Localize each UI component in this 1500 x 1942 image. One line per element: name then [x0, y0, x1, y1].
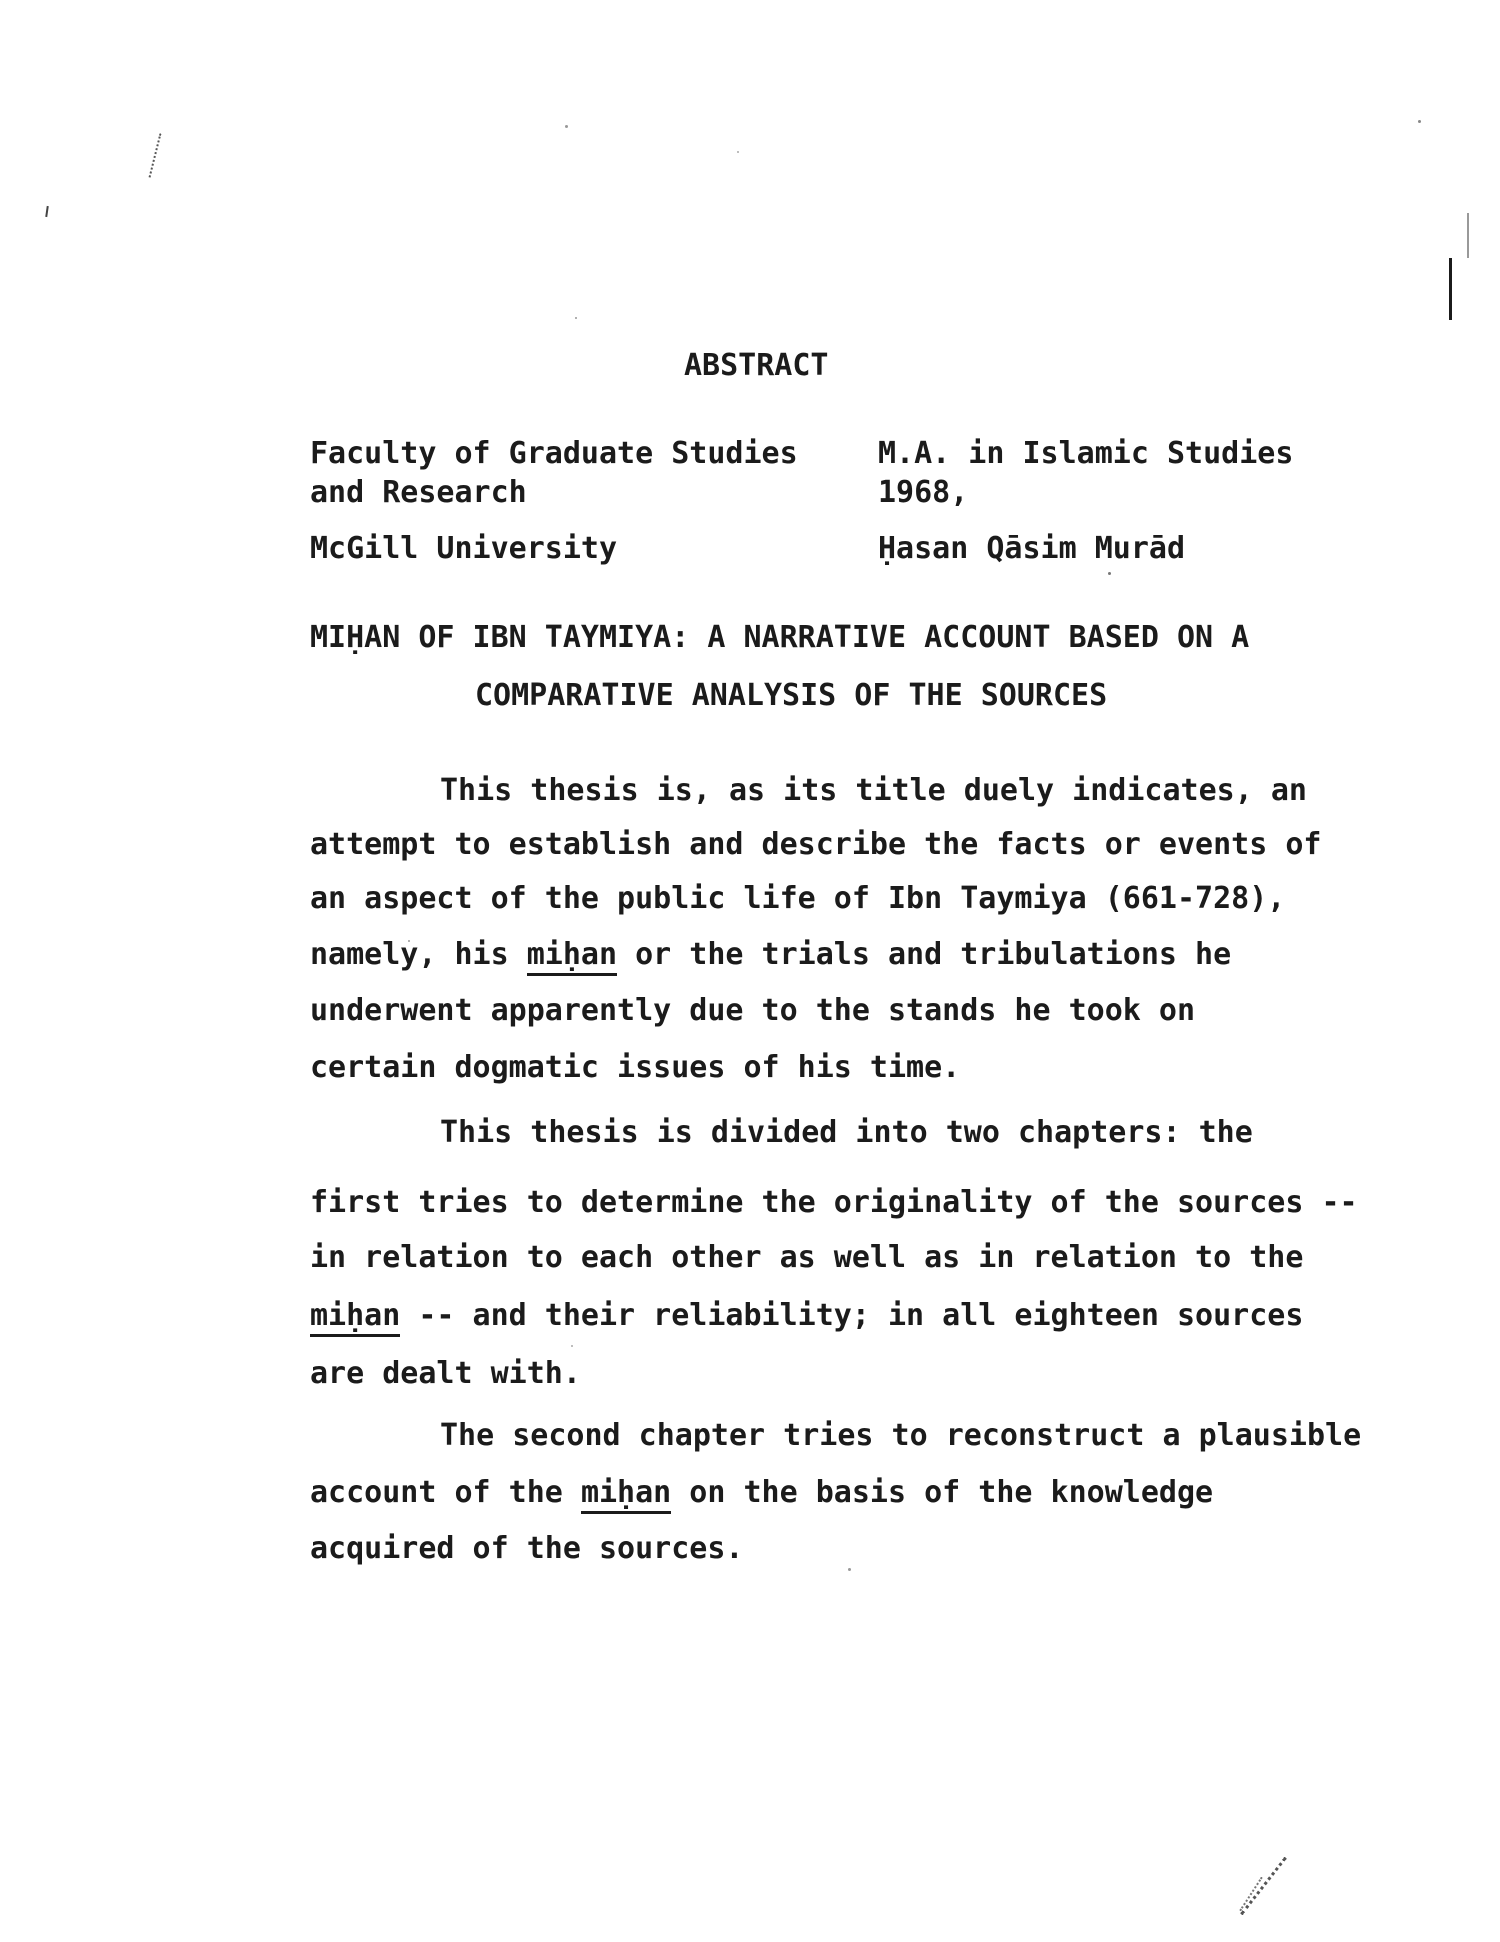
- p2-line2: first tries to determine the originality…: [310, 1186, 1358, 1220]
- document-page: ABSTRACT Faculty of Graduate Studies and…: [0, 0, 1500, 1942]
- scan-artifact-dotted-slash: [149, 133, 162, 177]
- p1-line6: certain dogmatic issues of his time.: [310, 1051, 960, 1085]
- scan-artifact-dot: [565, 125, 568, 128]
- p2-line1: This thesis is divided into two chapters…: [440, 1116, 1253, 1150]
- scan-artifact-scribble: [1239, 1877, 1262, 1912]
- scan-artifact-dot: [737, 151, 739, 153]
- info-faculty-line1: Faculty of Graduate Studies: [310, 437, 798, 471]
- p3-line1: The second chapter tries to reconstruct …: [440, 1419, 1361, 1453]
- info-degree: M.A. in Islamic Studies: [878, 437, 1293, 471]
- info-faculty-line2: and Research: [310, 476, 527, 510]
- underlined-term-mihan: miḥan: [310, 1298, 400, 1337]
- p2-line4-post: -- and their reliability; in all eightee…: [400, 1298, 1303, 1333]
- p1-line4: namely, his miḥan or the trials and trib…: [310, 938, 1231, 972]
- info-author: Ḥasan Qāsim Murād: [878, 532, 1185, 566]
- p3-line2-pre: account of the: [310, 1475, 581, 1510]
- scan-artifact-vline-thin: [1467, 213, 1469, 258]
- p1-line2: attempt to establish and describe the fa…: [310, 828, 1321, 862]
- p1-line3: an aspect of the public life of Ibn Taym…: [310, 882, 1285, 916]
- scan-artifact-dot: [571, 1345, 573, 1347]
- scan-artifact-dot: [848, 1568, 851, 1571]
- scan-artifact-scribble: [1240, 1857, 1287, 1916]
- info-year: 1968,: [878, 476, 968, 510]
- p1-line1: This thesis is, as its title duely indic…: [440, 774, 1307, 808]
- thesis-title-line1: MIḤAN OF IBN TAYMIYA: A NARRATIVE ACCOUN…: [310, 621, 1249, 655]
- p3-line2-post: on the basis of the knowledge: [671, 1475, 1213, 1510]
- p2-line5: are dealt with.: [310, 1357, 581, 1391]
- p1-line4-post: or the trials and tribulations he: [617, 937, 1231, 972]
- abstract-heading: ABSTRACT: [684, 349, 829, 383]
- scan-artifact-dot: [575, 317, 577, 319]
- p1-line5: underwent apparently due to the stands h…: [310, 994, 1195, 1028]
- underlined-term-mihan: miḥan: [527, 937, 617, 976]
- underlined-term-mihan: miḥan: [581, 1475, 671, 1514]
- scan-artifact-dot: [408, 940, 410, 942]
- scan-artifact-dot: [1108, 572, 1111, 575]
- info-university: McGill University: [310, 532, 617, 566]
- p3-line2: account of the miḥan on the basis of the…: [310, 1476, 1213, 1510]
- scan-artifact-vline-dark: [1449, 258, 1452, 320]
- scan-artifact-tick: [45, 206, 49, 217]
- p1-line4-pre: namely, his: [310, 937, 527, 972]
- p2-line3: in relation to each other as well as in …: [310, 1241, 1303, 1275]
- p2-line4: miḥan -- and their reliability; in all e…: [310, 1299, 1303, 1333]
- thesis-title-line2: COMPARATIVE ANALYSIS OF THE SOURCES: [475, 679, 1107, 713]
- scan-artifact-dot: [1418, 120, 1421, 123]
- p3-line3: acquired of the sources.: [310, 1532, 743, 1566]
